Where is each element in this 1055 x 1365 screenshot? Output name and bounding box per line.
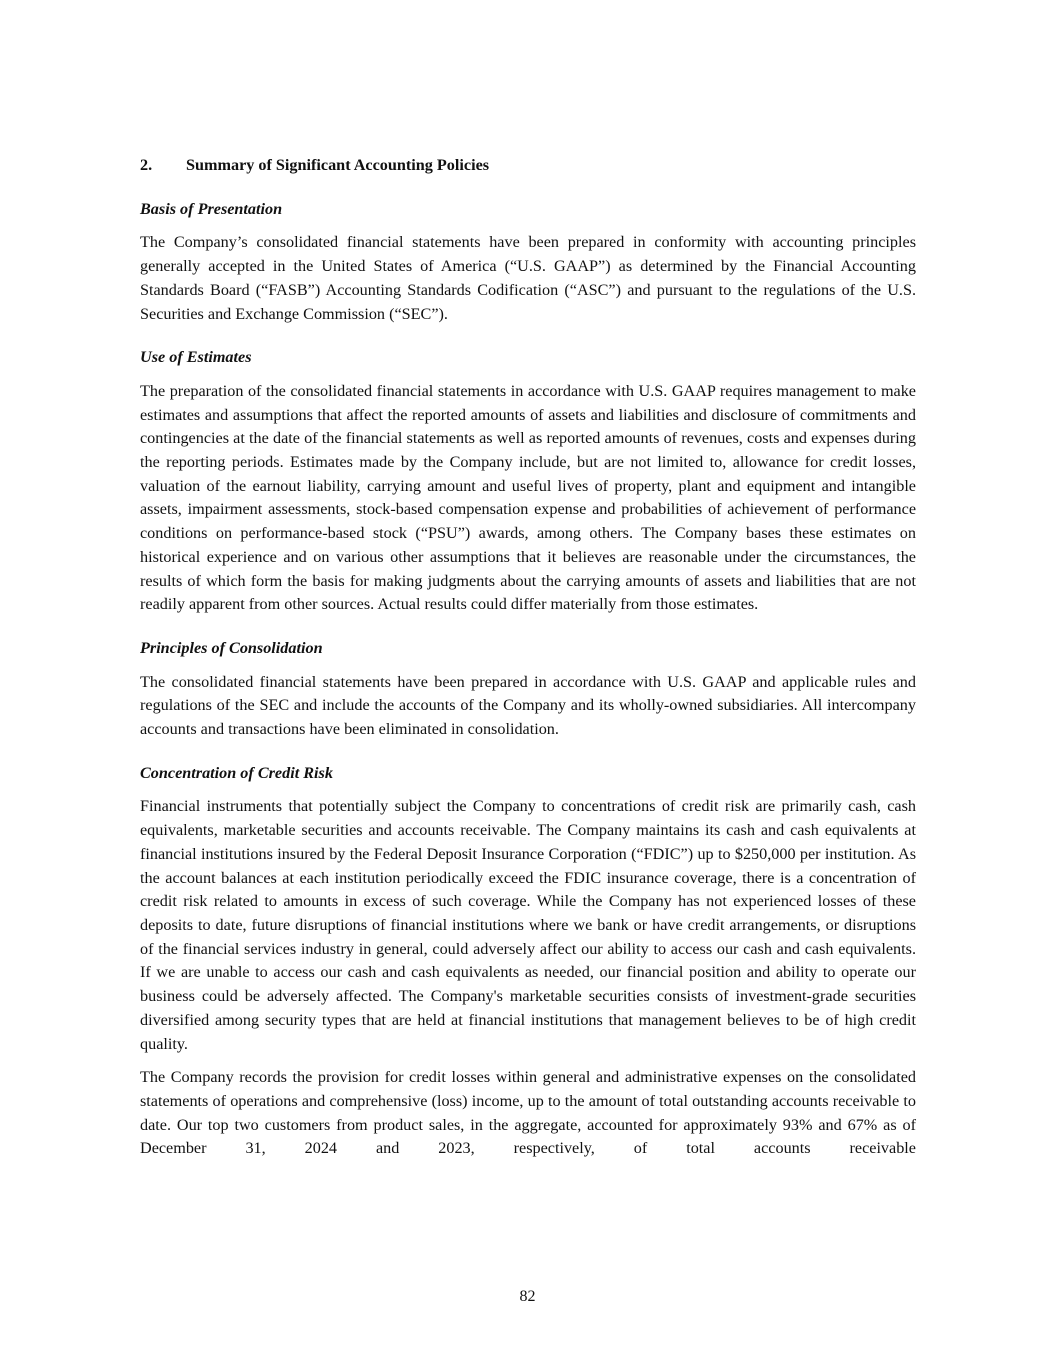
- subheading-concentration-of-credit-risk: Concentration of Credit Risk: [140, 762, 916, 786]
- subheading-principles-of-consolidation: Principles of Consolidation: [140, 637, 916, 661]
- section-title: Summary of Significant Accounting Polici…: [186, 154, 489, 178]
- paragraph-principles-of-consolidation: The consolidated financial statements ha…: [140, 671, 916, 742]
- subheading-use-of-estimates: Use of Estimates: [140, 346, 916, 370]
- section-heading: 2. Summary of Significant Accounting Pol…: [140, 154, 916, 178]
- page-number: 82: [0, 1288, 1055, 1306]
- section-number: 2.: [140, 154, 186, 178]
- paragraph-use-of-estimates: The preparation of the consolidated fina…: [140, 380, 916, 617]
- paragraph-credit-risk-1: Financial instruments that potentially s…: [140, 795, 916, 1056]
- paragraph-basis-of-presentation: The Company’s consolidated financial sta…: [140, 231, 916, 326]
- paragraph-credit-risk-2: The Company records the provision for cr…: [140, 1066, 916, 1161]
- document-page: 2. Summary of Significant Accounting Pol…: [140, 154, 916, 1181]
- subheading-basis-of-presentation: Basis of Presentation: [140, 198, 916, 222]
